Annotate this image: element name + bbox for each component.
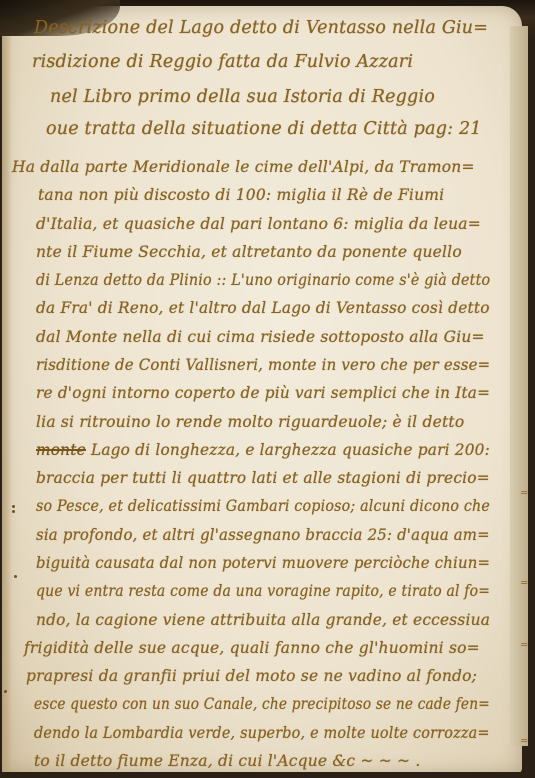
body-line-4: nte il Fiume Secchia, et altretanto da p… bbox=[36, 243, 462, 261]
heading-line-4: oue tratta della situatione di detta Cit… bbox=[46, 119, 482, 139]
body-line-10: lia si ritrouino lo rende molto riguarde… bbox=[36, 413, 464, 431]
margin-dot bbox=[12, 505, 15, 508]
scan-bottom-edge bbox=[0, 772, 535, 778]
body-line-3: d'Italia, et quasiche dal pari lontano 6… bbox=[36, 215, 481, 233]
margin-dot bbox=[14, 575, 17, 578]
body-line-9: re d'ogni intorno coperto de più vari se… bbox=[36, 384, 490, 402]
body-line-17: ndo, la cagione viene attribuita alla gr… bbox=[36, 611, 490, 629]
heading-line-1: Descrizione del Lago detto di Ventasso n… bbox=[34, 18, 488, 38]
body-line-16: que vi entra resta come da una voragine … bbox=[36, 582, 490, 600]
margin-hyphen-mark: = bbox=[520, 736, 528, 747]
body-line-12: braccia per tutti li quattro lati et all… bbox=[36, 469, 490, 487]
struck-word: monte bbox=[36, 441, 86, 459]
body-line-15: biguità causata dal non potervi muovere … bbox=[36, 554, 490, 572]
body-line-18: frigidità delle sue acque, quali fanno c… bbox=[24, 639, 480, 657]
heading-line-2: risdizione di Reggio fatta da Fulvio Azz… bbox=[32, 52, 413, 72]
body-line-22: to il detto fiume Enza, di cui l'Acque &… bbox=[34, 752, 421, 770]
body-line-21: dendo la Lombardia verde, superbo, e mol… bbox=[34, 724, 490, 742]
margin-dot bbox=[4, 690, 7, 693]
body-line-5: di Lenza detto da Plinio :: L'uno origin… bbox=[36, 271, 490, 289]
body-line-11-text: Lago di longhezza, e larghezza quasiche … bbox=[91, 441, 490, 459]
body-line-1: Ha dalla parte Meridionale le cime dell'… bbox=[12, 158, 475, 176]
body-line-20: esce questo con un suo Canale, che preci… bbox=[34, 695, 490, 713]
body-line-8: risditione de Conti Vallisneri, monte in… bbox=[36, 356, 490, 374]
margin-hyphen-mark: = bbox=[520, 578, 528, 589]
body-line-2: tana non più discosto di 100: miglia il … bbox=[38, 186, 444, 204]
body-line-6: da Fra' di Reno, et l'altro dal Lago di … bbox=[36, 299, 490, 317]
body-line-11: monte Lago di longhezza, e larghezza qua… bbox=[36, 441, 490, 459]
spine-annotation: DESCRIZIONE DEL LAGO bbox=[505, 46, 519, 346]
margin-dot bbox=[12, 510, 15, 513]
manuscript-scan: DESCRIZIONE DEL LAGO Descrizione del Lag… bbox=[0, 0, 535, 778]
body-line-19: prapresi da granfii priui del moto se ne… bbox=[26, 667, 477, 685]
body-line-7: dal Monte nella di cui cima risiede sott… bbox=[36, 328, 485, 346]
margin-hyphen-mark: = bbox=[520, 640, 528, 651]
body-line-13: so Pesce, et delicatissimi Gambari copio… bbox=[36, 497, 490, 515]
heading-line-3: nel Libro primo della sua Istoria di Reg… bbox=[50, 87, 435, 107]
margin-hyphen-mark: = bbox=[520, 488, 528, 499]
body-line-14: sia profondo, et altri gl'assegnano brac… bbox=[36, 526, 490, 544]
